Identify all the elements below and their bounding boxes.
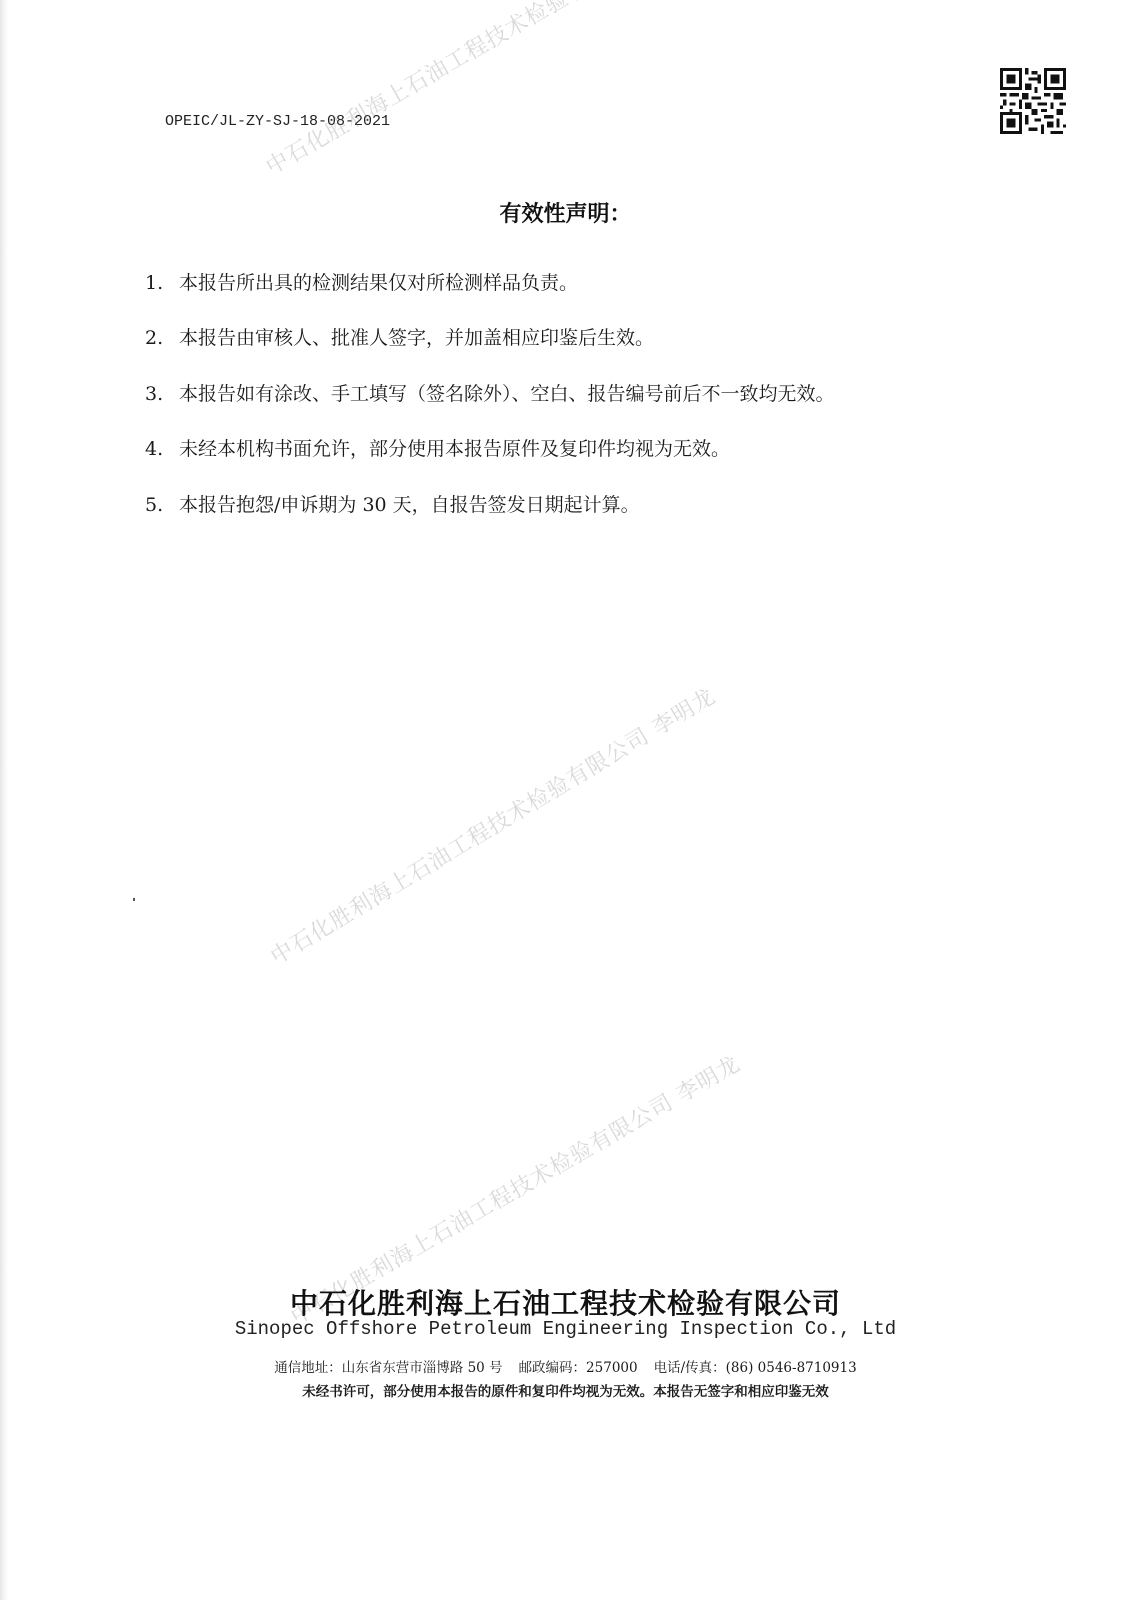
statement-item: 1.本报告所出具的检测结果仅对所检测样品负责。	[145, 268, 578, 295]
statement-item: 5.本报告抱怨/申诉期为 30 天，自报告签发日期起计算。	[145, 490, 640, 517]
statement-number: 5.	[145, 494, 179, 516]
statement-text: 本报告所出具的检测结果仅对所检测样品负责。	[179, 272, 578, 294]
statement-item: 4.未经本机构书面允许，部分使用本报告原件及复印件均视为无效。	[145, 434, 730, 461]
statement-text: 未经本机构书面允许，部分使用本报告原件及复印件均视为无效。	[179, 438, 730, 460]
watermark: 中石化胜利海上石油工程技术检验有限公司 李明龙	[264, 680, 721, 971]
footer-notice: 未经书许可，部分使用本报告的原件和复印件均视为无效。本报告无签字和相应印鉴无效	[0, 1380, 1131, 1400]
company-name-cn: 中石化胜利海上石油工程技术检验有限公司	[0, 1282, 1131, 1322]
company-name-en: Sinopec Offshore Petroleum Engineering I…	[0, 1318, 1131, 1340]
statement-number: 3.	[145, 383, 179, 405]
contact-info: 通信地址：山东省东营市淄博路 50 号邮政编码：257000电话/传真：(86)…	[0, 1356, 1131, 1376]
statement-item: 3.本报告如有涂改、手工填写（签名除外）、空白、报告编号前后不一致均无效。	[145, 379, 835, 406]
statement-text: 本报告由审核人、批准人签字，并加盖相应印鉴后生效。	[179, 327, 654, 349]
statement-text: 本报告如有涂改、手工填写（签名除外）、空白、报告编号前后不一致均无效。	[179, 383, 835, 405]
address: 通信地址：山东省东营市淄博路 50 号	[274, 1360, 502, 1376]
scan-speck	[133, 898, 135, 901]
qr-code-icon	[1000, 68, 1066, 134]
watermark: 中石化胜利海上石油工程技术检验有限公司 李明龙	[260, 0, 721, 181]
statement-text: 本报告抱怨/申诉期为 30 天，自报告签发日期起计算。	[179, 494, 640, 516]
statement-number: 1.	[145, 272, 179, 294]
statement-number: 4.	[145, 438, 179, 460]
postcode: 邮政编码：257000	[519, 1360, 638, 1376]
statement-number: 2.	[145, 327, 179, 349]
phone-fax: 电话/传真：(86) 0546-8710913	[654, 1360, 857, 1376]
validity-statement-title: 有效性声明：	[0, 197, 1131, 228]
statement-item: 2.本报告由审核人、批准人签字，并加盖相应印鉴后生效。	[145, 323, 654, 350]
